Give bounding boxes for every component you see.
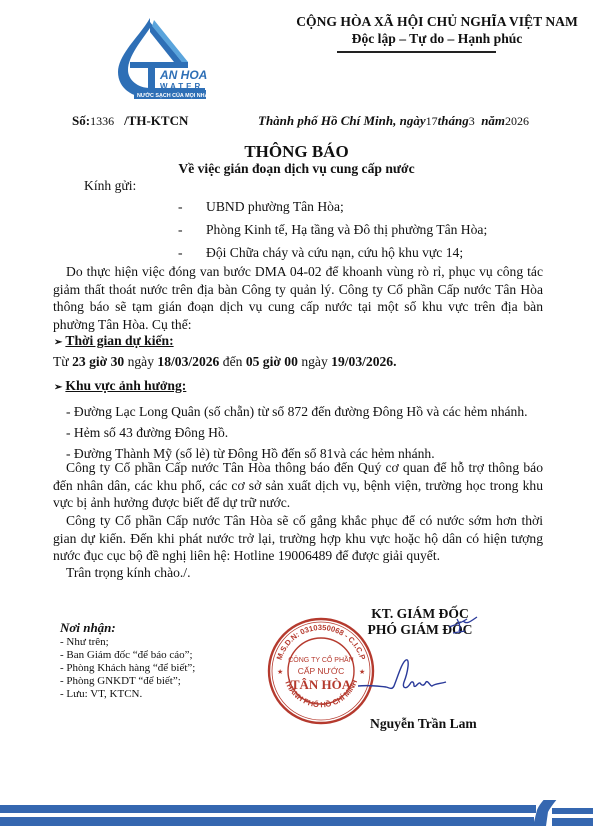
svg-text:TÂN HÒA: TÂN HÒA (291, 677, 352, 692)
intro-paragraph: Do thực hiện việc đóng van bước DMA 04-0… (53, 263, 543, 333)
svg-text:CẤP NƯỚC: CẤP NƯỚC (298, 666, 345, 676)
motto-underline (337, 51, 496, 53)
area-heading: ➢Khu vực ảnh hưởng: (54, 378, 186, 394)
time-range: Từ 23 giờ 30 ngày 18/03/2026 đến 05 giờ … (53, 354, 396, 370)
initials-icon (447, 613, 483, 639)
svg-text:WATER: WATER (160, 82, 203, 91)
receivers-title: Nơi nhận: (60, 620, 116, 636)
document-title: THÔNG BÁO (0, 142, 593, 162)
receiver-item: - Phòng Khách hàng “để biết”; (60, 662, 195, 675)
svg-text:AN HOA: AN HOA (159, 68, 207, 82)
svg-text:M.S.D.N: 0310350068 - C.I.C.P: M.S.D.N: 0310350068 - C.I.C.P (275, 623, 368, 661)
receiver-item: - Lưu: VT, KTCN. (60, 688, 142, 701)
recipient-item: -UBND phường Tân Hòa; (178, 199, 344, 215)
svg-text:CÔNG TY CỔ PHẦN: CÔNG TY CỔ PHẦN (288, 654, 353, 664)
receiver-item: - Phòng GNKDT “để biết”; (60, 675, 181, 688)
closing: Trân trọng kính chào./. (53, 564, 543, 582)
place-date: Thành phố Hồ Chí Minh, ngày17tháng3 năm2… (258, 113, 529, 129)
receiver-item: - Ban Giám đốc “để báo cáo”; (60, 649, 193, 662)
nation-heading: CỘNG HÒA XÃ HỘI CHỦ NGHĨA VIỆT NAM (282, 14, 592, 30)
company-logo-icon: AN HOA WATER NƯỚC SẠCH CỦA MỌI NHÀ (110, 16, 214, 100)
svg-text:★: ★ (277, 668, 283, 676)
document-subtitle: Về việc gián đoạn dịch vụ cung cấp nước (0, 161, 593, 177)
motto: Độc lập – Tự do – Hạnh phúc (282, 31, 592, 47)
svg-text:NƯỚC SẠCH CỦA MỌI NHÀ: NƯỚC SẠCH CỦA MỌI NHÀ (137, 91, 209, 99)
signer-name: Nguyễn Trần Lam (370, 716, 477, 732)
greeting: Kính gửi: (84, 178, 136, 194)
fix-paragraph: Công ty Cổ phần Cấp nước Tân Hòa sẽ cố g… (53, 512, 543, 565)
notify-paragraph: Công ty Cổ phần Cấp nước Tân Hòa thông b… (53, 459, 543, 512)
recipient-item: -Đội Chữa cháy và cứu nạn, cứu hộ khu vự… (178, 245, 463, 261)
time-heading: ➢Thời gian dự kiến: (54, 333, 174, 349)
footer-decorative-band (0, 800, 593, 838)
area-item: - Đường Lạc Long Quân (số chẵn) từ số 87… (66, 404, 528, 420)
recipient-item: -Phòng Kinh tế, Hạ tầng và Đô thị phường… (178, 222, 487, 238)
document-number: Số:1336/TH-KTCN (72, 113, 188, 129)
signature-icon (358, 656, 453, 696)
area-item: - Hẻm số 43 đường Đông Hồ. (66, 425, 228, 441)
receiver-item: - Như trên; (60, 636, 109, 649)
